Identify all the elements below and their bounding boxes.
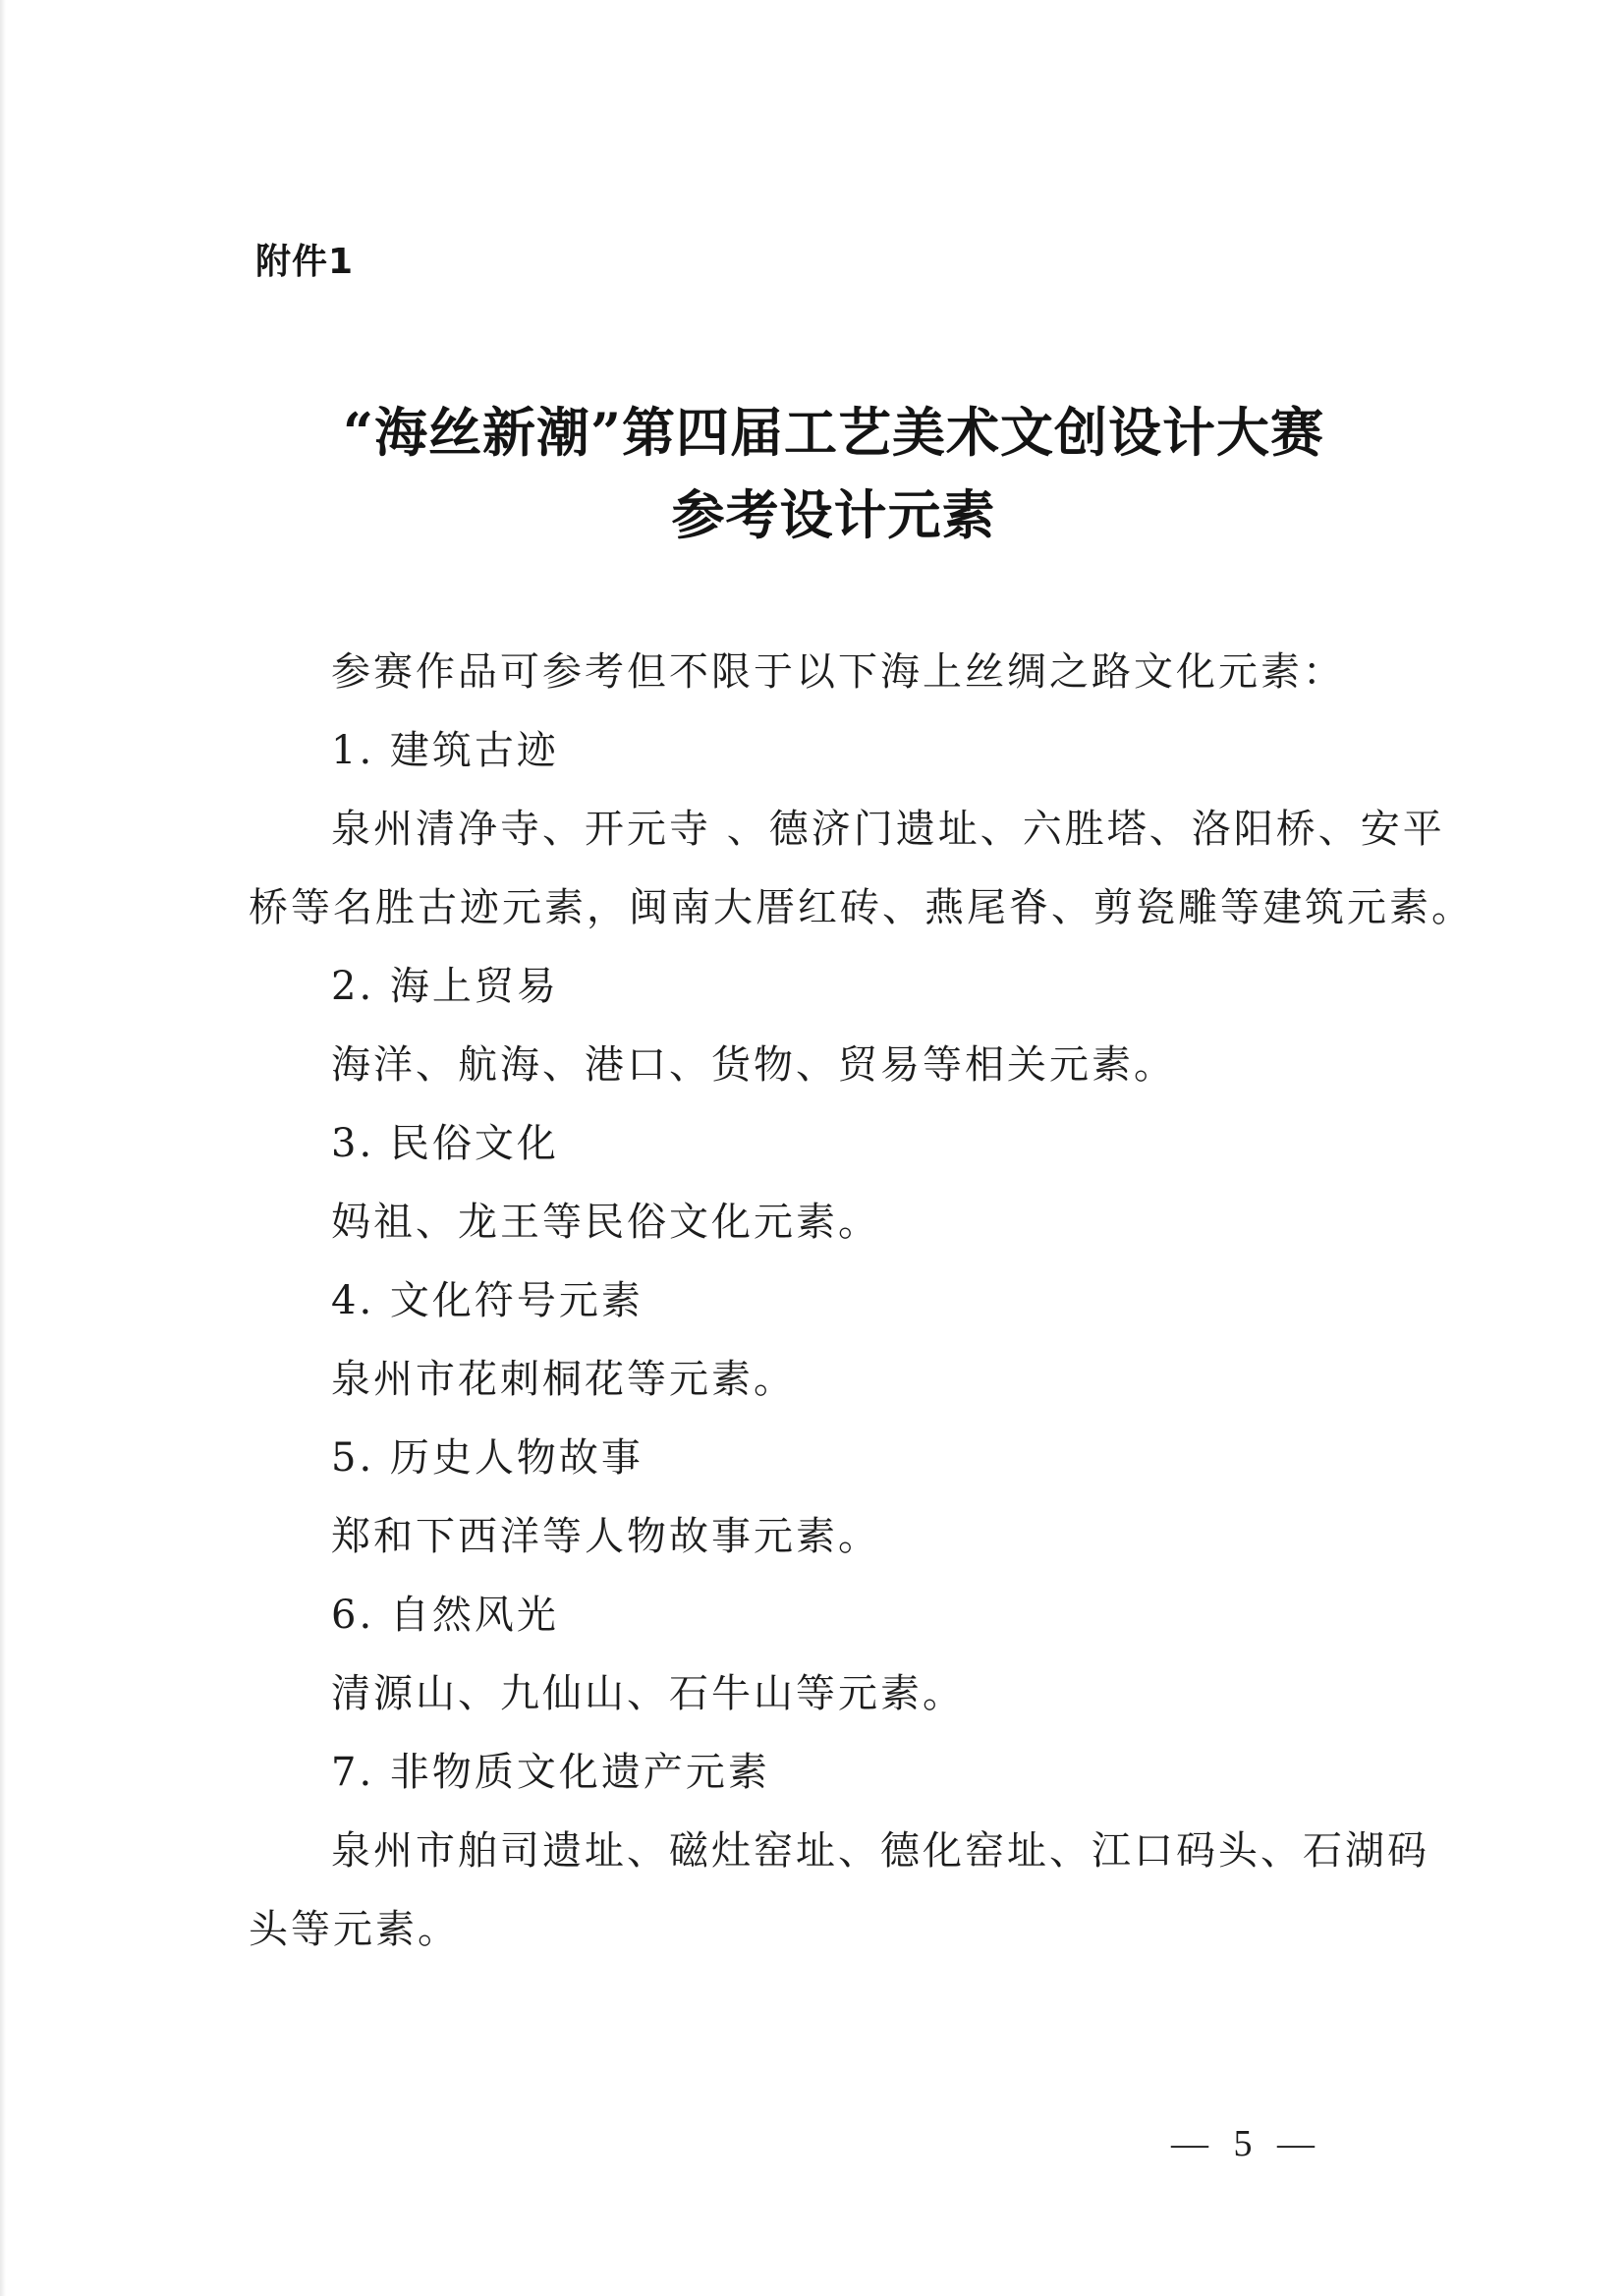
section-content-historical-figures: 郑和下西洋等人物故事元素。 bbox=[331, 1513, 880, 1560]
scan-page-edge bbox=[0, 0, 6, 2296]
page-number: — 5 — bbox=[1171, 2122, 1322, 2165]
section-content-architecture-wrap: 桥等名胜古迹元素，闽南大厝红砖、燕尾脊、剪瓷雕等建筑元素。 bbox=[249, 884, 1474, 931]
intro-paragraph: 参赛作品可参考但不限于以下海上丝绸之路文化元素： bbox=[331, 648, 1345, 696]
section-heading-cultural-symbols: 4. 文化符号元素 bbox=[331, 1277, 644, 1324]
section-content-architecture: 泉州清净寺、开元寺 、德济门遗址、六胜塔、洛阳桥、安平 bbox=[331, 806, 1445, 853]
section-content-intangible-heritage: 泉州市舶司遗址、磁灶窑址、德化窑址、江口码头、石湖码 bbox=[331, 1827, 1429, 1875]
section-heading-intangible-heritage: 7. 非物质文化遗产元素 bbox=[331, 1749, 770, 1796]
section-content-maritime-trade: 海洋、航海、港口、货物、贸易等相关元素。 bbox=[331, 1041, 1176, 1089]
attachment-label: 附件1 bbox=[255, 234, 354, 284]
section-content-intangible-heritage-wrap: 头等元素。 bbox=[249, 1906, 460, 1953]
document-title-line-2: 参考设计元素 bbox=[22, 474, 1624, 549]
section-content-folk-culture: 妈祖、龙王等民俗文化元素。 bbox=[331, 1199, 880, 1246]
section-heading-historical-figures: 5. 历史人物故事 bbox=[331, 1434, 644, 1482]
section-heading-folk-culture: 3. 民俗文化 bbox=[331, 1120, 559, 1167]
section-heading-architecture: 1. 建筑古迹 bbox=[331, 727, 559, 774]
section-content-natural-scenery: 清源山、九仙山、石牛山等元素。 bbox=[331, 1670, 965, 1717]
section-heading-natural-scenery: 6. 自然风光 bbox=[331, 1592, 559, 1639]
section-heading-maritime-trade: 2. 海上贸易 bbox=[331, 963, 559, 1010]
document-title-line-1: “海丝新潮”第四届工艺美术文创设计大赛 bbox=[22, 391, 1624, 467]
section-content-cultural-symbols: 泉州市花刺桐花等元素。 bbox=[331, 1356, 796, 1403]
